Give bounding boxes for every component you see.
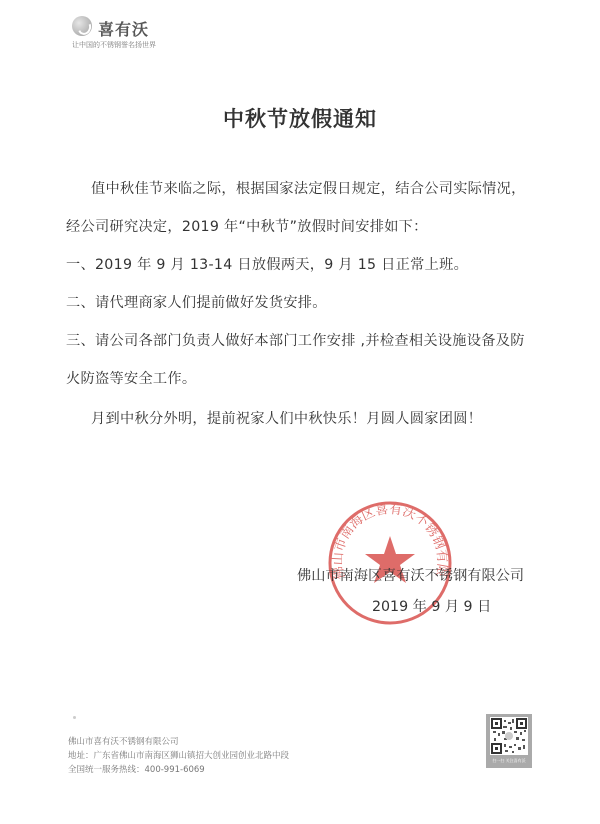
qr-code: 扫一扫 关注喜有沃 [486,714,532,768]
footer-hotline: 全国统一服务热线：400-991-6069 [68,763,289,777]
signature-date: 2019 年 9 月 9 日 [372,596,491,616]
item-two: 二、请代理商家人们提前做好发货安排。 [66,292,327,312]
greeting: 月到中秋分外明，提前祝家人们中秋快乐！月圆人圆家团圆！ [91,408,482,428]
paragraph-intro-2: 经公司研究决定，2019 年“中秋节”放假时间安排如下： [66,216,428,236]
company-logo-icon [72,16,92,36]
qr-caption: 扫一扫 关注喜有沃 [488,758,530,764]
company-logo: 喜有沃 让中国的不锈钢誉名扬世界 [72,16,172,50]
qr-code-icon [490,717,528,755]
logo-slogan: 让中国的不锈钢誉名扬世界 [72,40,156,50]
footer-info: 佛山市喜有沃不锈钢有限公司 地址：广东省佛山市南海区狮山镇招大创业园创业北路中段… [68,735,289,777]
paragraph-intro-1: 值中秋佳节来临之际，根据国家法定假日规定，结合公司实际情况， [91,178,526,198]
item-three: 三、请公司各部门负责人做好本部门工作安排 ,并检查相关设施设备及防 [66,330,525,350]
notice-title: 中秋节放假通知 [0,103,600,133]
footer-company: 佛山市喜有沃不锈钢有限公司 [68,735,289,749]
signature-company: 佛山市南海区喜有沃不锈钢有限公司 [297,565,524,585]
footer-address: 地址：广东省佛山市南海区狮山镇招大创业园创业北路中段 [68,749,289,763]
decorative-dot [73,716,76,719]
item-three-cont: 火防盗等安全工作。 [66,368,196,388]
logo-name: 喜有沃 [98,17,149,40]
item-one: 一、2019 年 9 月 13-14 日放假两天，9 月 15 日正常上班。 [66,254,468,274]
